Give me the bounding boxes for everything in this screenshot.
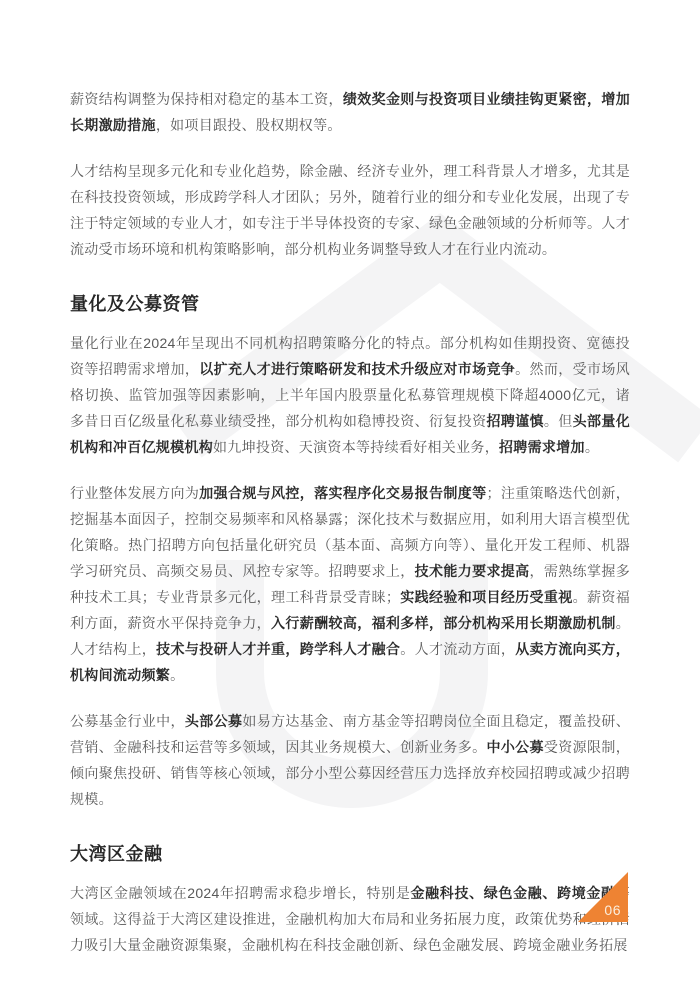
emphasis-text: 技术与投研人才并重，跨学科人才融合	[156, 641, 400, 657]
paragraph: 量化行业在2024年呈现出不同机构招聘策略分化的特点。部分机构如佳期投资、宽德投…	[70, 330, 630, 460]
body-text: 薪资结构调整为保持相对稳定的基本工资，	[70, 91, 343, 107]
emphasis-text: 招聘需求增加	[499, 439, 585, 455]
body-text: 大湾区金融领域在2024年招聘需求稳步增长，特别是	[70, 885, 410, 901]
body-text: 。但	[544, 413, 573, 429]
body-text: 如九坤投资、天演资本等持续看好相关业务，	[213, 439, 499, 455]
emphasis-text: 招聘谨慎	[486, 413, 543, 429]
body-text: 。	[585, 439, 599, 455]
paragraph: 公募基金行业中，头部公募如易方达基金、南方基金等招聘岗位全面且稳定，覆盖投研、营…	[70, 708, 630, 812]
body-text: 人才结构呈现多元化和专业化趋势，除金融、经济专业外，理工科背景人才增多，尤其是在…	[70, 163, 630, 257]
body-text: 行业整体发展方向为	[70, 485, 199, 501]
emphasis-text: 头部公募	[185, 713, 242, 729]
emphasis-text: 金融科技、绿色金融、跨境金融	[410, 885, 615, 901]
emphasis-text: 中小公募	[486, 739, 543, 755]
body-text: ，如项目跟投、股权期权等。	[156, 117, 342, 133]
section-heading: 大湾区金融	[70, 842, 630, 866]
body-text: 。人才流动方面，	[400, 641, 515, 657]
paragraph: 大湾区金融领域在2024年招聘需求稳步增长，特别是金融科技、绿色金融、跨境金融等…	[70, 880, 630, 958]
document-page: 薪资结构调整为保持相对稳定的基本工资，绩效奖金则与投资项目业绩挂钩更紧密，增加长…	[0, 0, 700, 990]
body-text: 公募基金行业中，	[70, 713, 185, 729]
body-text: 。	[170, 667, 184, 683]
emphasis-text: 技术能力要求提高	[415, 563, 530, 579]
page-number: 06	[604, 901, 621, 919]
section-heading: 量化及公募资管	[70, 292, 630, 316]
paragraph: 人才结构呈现多元化和专业化趋势，除金融、经济专业外，理工科背景人才增多，尤其是在…	[70, 158, 630, 262]
emphasis-text: 加强合规与风控，落实程序化交易报告制度等	[199, 485, 486, 501]
emphasis-text: 以扩充人才进行策略研发和技术升级应对市场竞争	[199, 361, 515, 377]
paragraph: 薪资结构调整为保持相对稳定的基本工资，绩效奖金则与投资项目业绩挂钩更紧密，增加长…	[70, 86, 630, 138]
emphasis-text: 实践经验和项目经历受重视	[400, 589, 572, 605]
emphasis-text: 入行薪酬较高，福利多样，部分机构采用长期激励机制	[271, 615, 616, 631]
document-body: 薪资结构调整为保持相对稳定的基本工资，绩效奖金则与投资项目业绩挂钩更紧密，增加长…	[70, 86, 630, 978]
paragraph: 行业整体发展方向为加强合规与风控，落实程序化交易报告制度等；注重策略迭代创新，挖…	[70, 480, 630, 688]
